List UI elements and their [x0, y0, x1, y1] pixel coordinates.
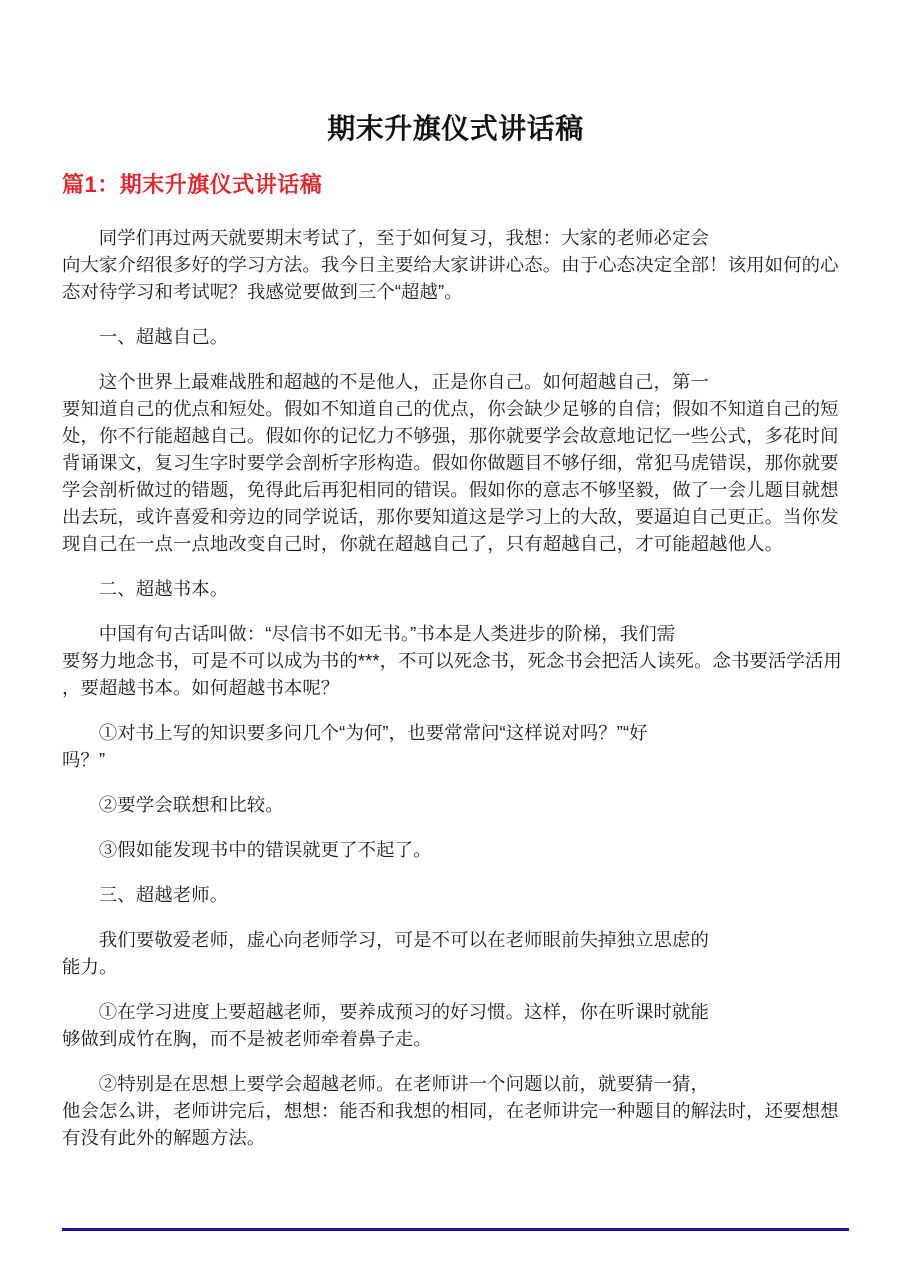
paragraph: ①在学习进度上要超越老师，要养成预习的好习惯。这样，你在听课时就能够做到成竹在胸…	[62, 998, 849, 1052]
paragraph: ①对书上写的知识要多问几个“为何”，也要常常问“这样说对吗？”“好吗？”	[62, 719, 849, 773]
paragraph: 三、超越老师。	[62, 881, 849, 908]
paragraph: 二、超越书本。	[62, 575, 849, 602]
document-content: 期末升旗仪式讲话稿 篇1：期末升旗仪式讲话稿 同学们再过两天就要期末考试了，至于…	[0, 110, 900, 1151]
paragraph: 一、超越自己。	[62, 323, 849, 350]
page-title: 期末升旗仪式讲话稿	[62, 110, 849, 148]
paragraph: 同学们再过两天就要期末考试了，至于如何复习，我想：大家的老师必定会向大家介绍很多…	[62, 224, 849, 305]
paragraph: 中国有句古话叫做：“尽信书不如无书。”书本是人类进步的阶梯，我们需要努力地念书，…	[62, 620, 849, 701]
paragraph: ②特别是在思想上要学会超越老师。在老师讲一个问题以前，就要猜一猜，他会怎么讲，老…	[62, 1070, 849, 1151]
document-page: 期末升旗仪式讲话稿 篇1：期末升旗仪式讲话稿 同学们再过两天就要期末考试了，至于…	[0, 0, 900, 1273]
paragraph: ②要学会联想和比较。	[62, 791, 849, 818]
paragraph: ③假如能发现书中的错误就更了不起了。	[62, 836, 849, 863]
section-heading: 篇1：期末升旗仪式讲话稿	[62, 170, 849, 200]
paragraph: 我们要敬爱老师，虚心向老师学习，可是不可以在老师眼前失掉独立思虑的能力。	[62, 926, 849, 980]
bottom-divider	[62, 1228, 849, 1231]
document-body: 同学们再过两天就要期末考试了，至于如何复习，我想：大家的老师必定会向大家介绍很多…	[62, 224, 849, 1151]
paragraph: 这个世界上最难战胜和超越的不是他人，正是你自己。如何超越自己，第一要知道自己的优…	[62, 368, 849, 557]
